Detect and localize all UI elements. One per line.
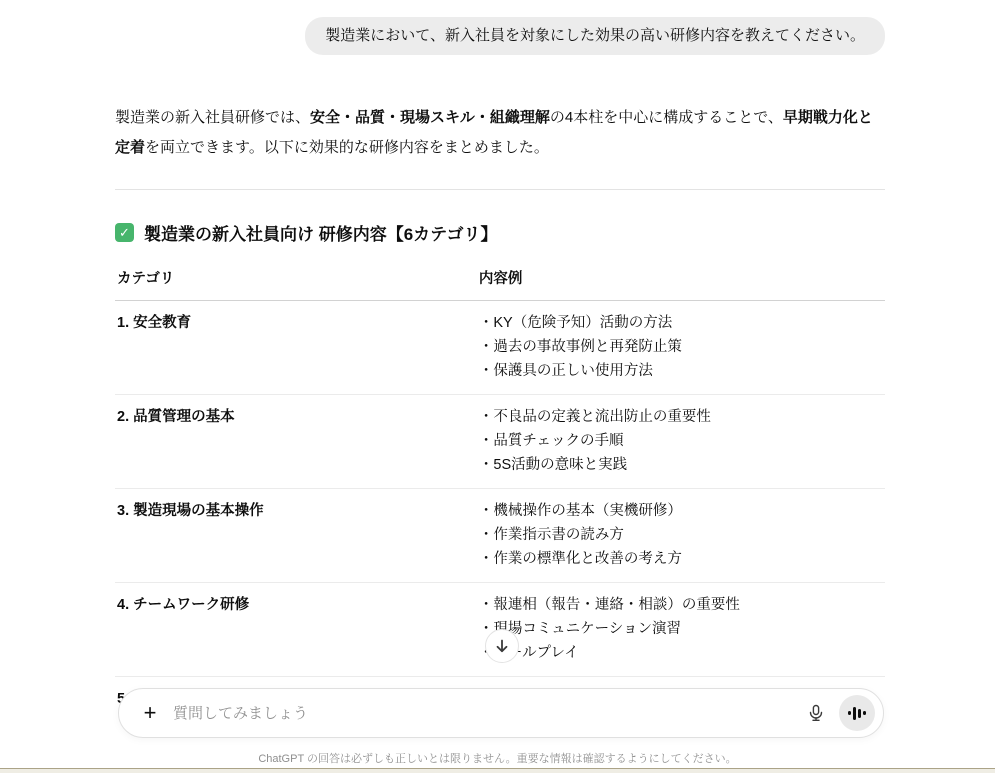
table-row: 2. 品質管理の基本・不良品の定義と流出防止の重要性・品質チェックの手順・5S活… xyxy=(115,395,885,489)
item-line: ・5S活動の意味と実践 xyxy=(479,453,885,477)
table-row: 1. 安全教育・KY（危険予知）活動の方法・過去の事故事例と再発防止策・保護具の… xyxy=(115,301,885,395)
composer-bar: + xyxy=(118,688,884,738)
window-bottom-edge xyxy=(0,768,995,773)
items-cell: ・機械操作の基本（実機研修）・作業指示書の読み方・作業の標準化と改善の考え方 xyxy=(477,489,885,583)
message-input[interactable] xyxy=(173,705,799,722)
section-heading: ✓ 製造業の新入社員向け 研修内容【6カテゴリ】 xyxy=(115,220,885,245)
voice-mode-button[interactable] xyxy=(839,695,875,731)
assistant-intro: 製造業の新入社員研修では、安全・品質・現場スキル・組織理解の4本柱を中心に構成す… xyxy=(115,103,885,163)
item-line: ・ロールプレイ xyxy=(479,641,885,665)
check-mark-icon: ✓ xyxy=(115,223,134,242)
microphone-icon xyxy=(807,704,825,722)
dictate-button[interactable] xyxy=(799,696,833,730)
table-row: 3. 製造現場の基本操作・機械操作の基本（実機研修）・作業指示書の読み方・作業の… xyxy=(115,489,885,583)
disclaimer-text: ChatGPT の回答は必ずしも正しいとは限りません。重要な情報は確認するように… xyxy=(0,750,995,766)
column-header-category: カテゴリ xyxy=(115,261,477,301)
items-cell: ・報連相（報告・連絡・相談）の重要性・現場コミュニケーション演習・ロールプレイ xyxy=(477,583,885,677)
items-cell: ・KY（危険予知）活動の方法・過去の事故事例と再発防止策・保護具の正しい使用方法 xyxy=(477,301,885,395)
intro-bold-text: 安全・品質・現場スキル・組織理解 xyxy=(310,109,550,126)
category-cell: 2. 品質管理の基本 xyxy=(115,395,477,489)
item-line: ・保護具の正しい使用方法 xyxy=(479,359,885,383)
section-divider xyxy=(115,189,885,190)
category-cell: 1. 安全教育 xyxy=(115,301,477,395)
category-cell: 4. チームワーク研修 xyxy=(115,583,477,677)
section-heading-text: 製造業の新入社員向け 研修内容【6カテゴリ】 xyxy=(144,220,498,245)
item-line: ・不良品の定義と流出防止の重要性 xyxy=(479,405,885,429)
column-header-items: 内容例 xyxy=(477,261,885,301)
item-line: ・機械操作の基本（実機研修） xyxy=(479,499,885,523)
training-table-head: カテゴリ 内容例 xyxy=(115,261,885,301)
items-cell: ・不良品の定義と流出防止の重要性・品質チェックの手順・5S活動の意味と実践 xyxy=(477,395,885,489)
arrow-down-icon xyxy=(494,638,510,654)
category-cell: 3. 製造現場の基本操作 xyxy=(115,489,477,583)
intro-text: の4本柱を中心に構成することで、 xyxy=(550,109,783,126)
user-message-row: 製造業において、新入社員を対象にした効果の高い研修内容を教えてください。 xyxy=(115,0,885,55)
intro-text: 製造業の新入社員研修では、 xyxy=(115,109,310,126)
item-line: ・現場コミュニケーション演習 xyxy=(479,617,885,641)
table-header-row: カテゴリ 内容例 xyxy=(115,261,885,301)
attach-plus-button[interactable]: + xyxy=(135,698,165,728)
waveform-icon xyxy=(848,707,866,720)
item-line: ・報連相（報告・連絡・相談）の重要性 xyxy=(479,593,885,617)
item-line: ・品質チェックの手順 xyxy=(479,429,885,453)
item-line: ・作業指示書の読み方 xyxy=(479,523,885,547)
item-line: ・過去の事故事例と再発防止策 xyxy=(479,335,885,359)
item-line: ・作業の標準化と改善の考え方 xyxy=(479,547,885,571)
item-line: ・KY（危険予知）活動の方法 xyxy=(479,311,885,335)
intro-text: を両立できます。以下に効果的な研修内容をまとめました。 xyxy=(145,139,549,156)
user-message-bubble: 製造業において、新入社員を対象にした効果の高い研修内容を教えてください。 xyxy=(305,17,885,55)
scroll-to-bottom-button[interactable] xyxy=(485,629,519,663)
